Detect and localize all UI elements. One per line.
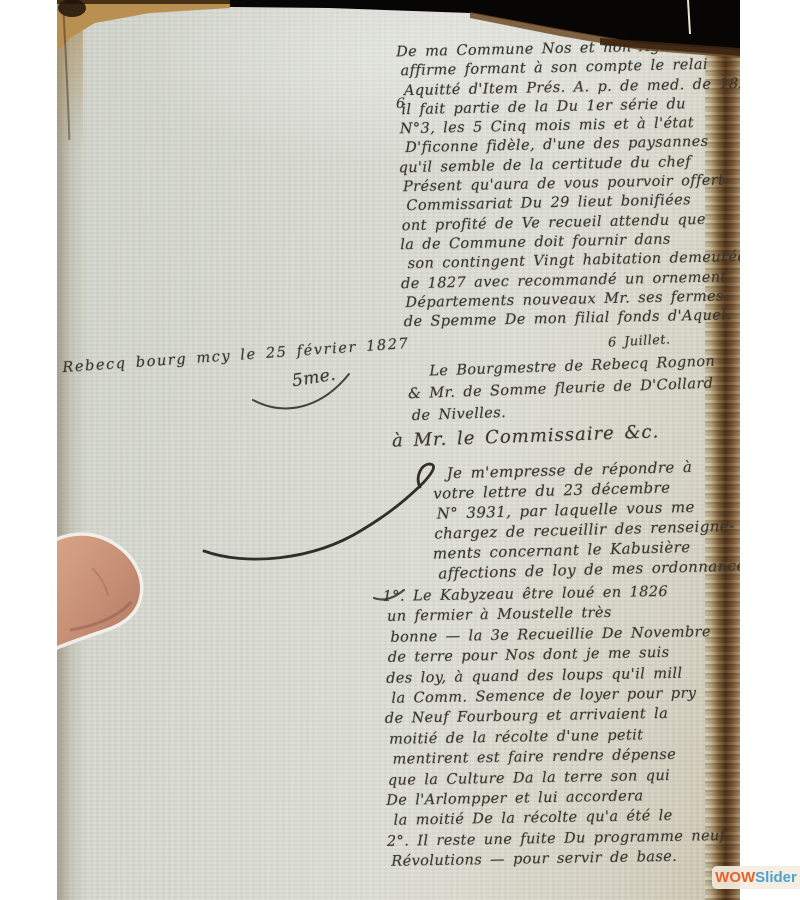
watermark-wow-text: WOW: [715, 869, 755, 886]
wowslider-watermark[interactable]: WOWSlider: [712, 866, 800, 889]
ordinal-swash: [253, 374, 349, 408]
item-one-swash: [374, 590, 404, 600]
photo-border-left: [0, 0, 57, 900]
photo-border-right: [740, 0, 800, 900]
manuscript-photo: De ma Commune Nos et non Agissons affirm…: [0, 0, 800, 900]
signature-flourish: [204, 464, 434, 559]
watermark-slider-text: Slider: [755, 869, 797, 886]
